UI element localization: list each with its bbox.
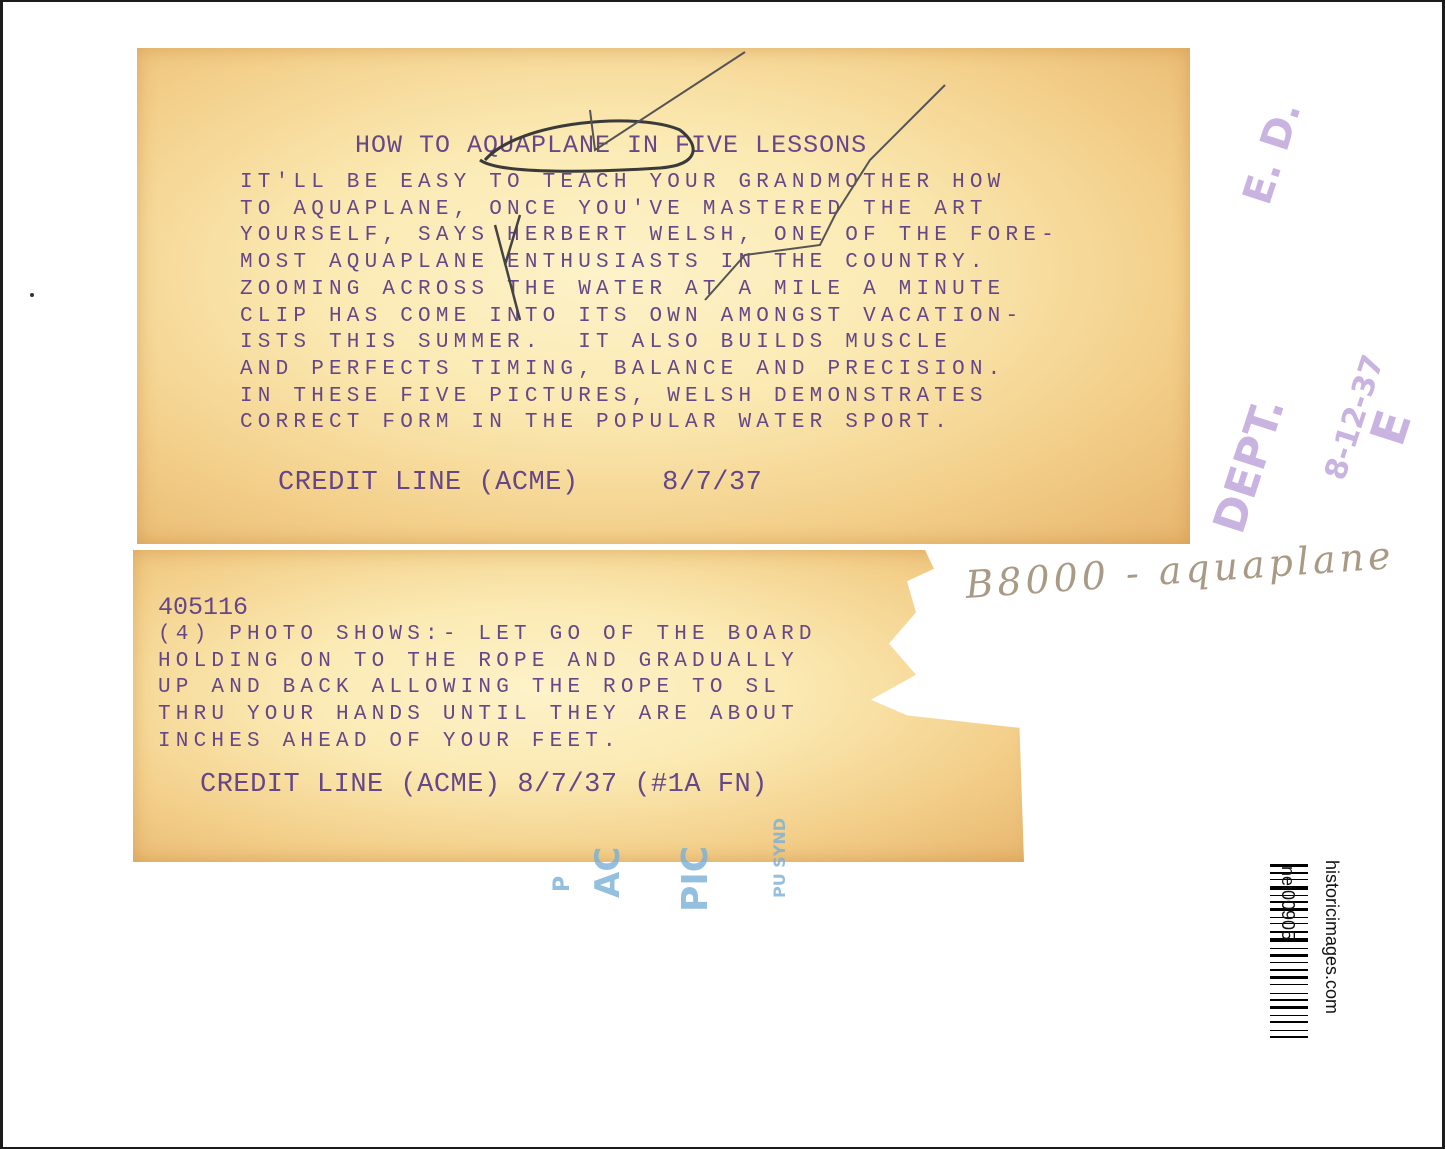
- caption-line: YOURSELF, SAYS HERBERT WELSH, ONE OF THE…: [240, 223, 1059, 250]
- scan-border-top: [0, 0, 1445, 2]
- caption-line: HOLDING ON TO THE ROPE AND GRADUALLY: [158, 649, 817, 676]
- blue-stamp-1: P: [550, 876, 575, 892]
- barcode-code: nei00905: [1277, 866, 1298, 940]
- stamp-letter: E: [1360, 404, 1423, 452]
- caption-line: UP AND BACK ALLOWING THE ROPE TO SL: [158, 675, 817, 702]
- stamp-mark: E. D.: [1234, 96, 1310, 210]
- barcode-label: nei00905 historicimages.com: [1270, 856, 1360, 1056]
- caption-line: CORRECT FORM IN THE POPULAR WATER SPORT.: [240, 410, 1059, 437]
- stamp-dept: DEPT.: [1204, 392, 1295, 540]
- caption-line: ISTS THIS SUMMER. IT ALSO BUILDS MUSCLE: [240, 330, 1059, 357]
- caption-line: (4) PHOTO SHOWS:- LET GO OF THE BOARD: [158, 622, 817, 649]
- credit-line-top: CREDIT LINE (ACME) 8/7/37: [278, 470, 762, 497]
- caption-line: IN THESE FIVE PICTURES, WELSH DEMONSTRAT…: [240, 384, 1059, 411]
- scan-border-left: [0, 0, 3, 1149]
- blue-stamp-2: AC: [588, 847, 628, 898]
- caption-body-bottom: (4) PHOTO SHOWS:- LET GO OF THE BOARDHOL…: [158, 622, 817, 756]
- caption-line: TO AQUAPLANE, ONCE YOU'VE MASTERED THE A…: [240, 197, 1059, 224]
- caption-line: IT'LL BE EASY TO TEACH YOUR GRANDMOTHER …: [240, 170, 1059, 197]
- caption-line: MOST AQUAPLANE ENTHUSIASTS IN THE COUNTR…: [240, 250, 1059, 277]
- caption-body-top: IT'LL BE EASY TO TEACH YOUR GRANDMOTHER …: [240, 170, 1059, 437]
- photo-id-number: 405116: [158, 595, 248, 622]
- caption-line: CLIP HAS COME INTO ITS OWN AMONGST VACAT…: [240, 304, 1059, 331]
- caption-line: ZOOMING ACROSS THE WATER AT A MILE A MIN…: [240, 277, 1059, 304]
- caption-line: AND PERFECTS TIMING, BALANCE AND PRECISI…: [240, 357, 1059, 384]
- caption-line: INCHES AHEAD OF YOUR FEET.: [158, 729, 817, 756]
- blue-stamp-4: PU SYND: [770, 818, 789, 898]
- barcode-site: historicimages.com: [1321, 860, 1342, 1014]
- blue-stamp-3: PIC: [675, 846, 716, 912]
- headline: HOW TO AQUAPLANE IN FIVE LESSONS: [355, 133, 867, 160]
- speck: [30, 293, 34, 297]
- caption-line: THRU YOUR HANDS UNTIL THEY ARE ABOUT: [158, 702, 817, 729]
- handwritten-catalog-note: B8000 - aquaplane: [964, 533, 1396, 607]
- credit-line-bottom: CREDIT LINE (ACME) 8/7/37 (#1A FN): [200, 772, 768, 799]
